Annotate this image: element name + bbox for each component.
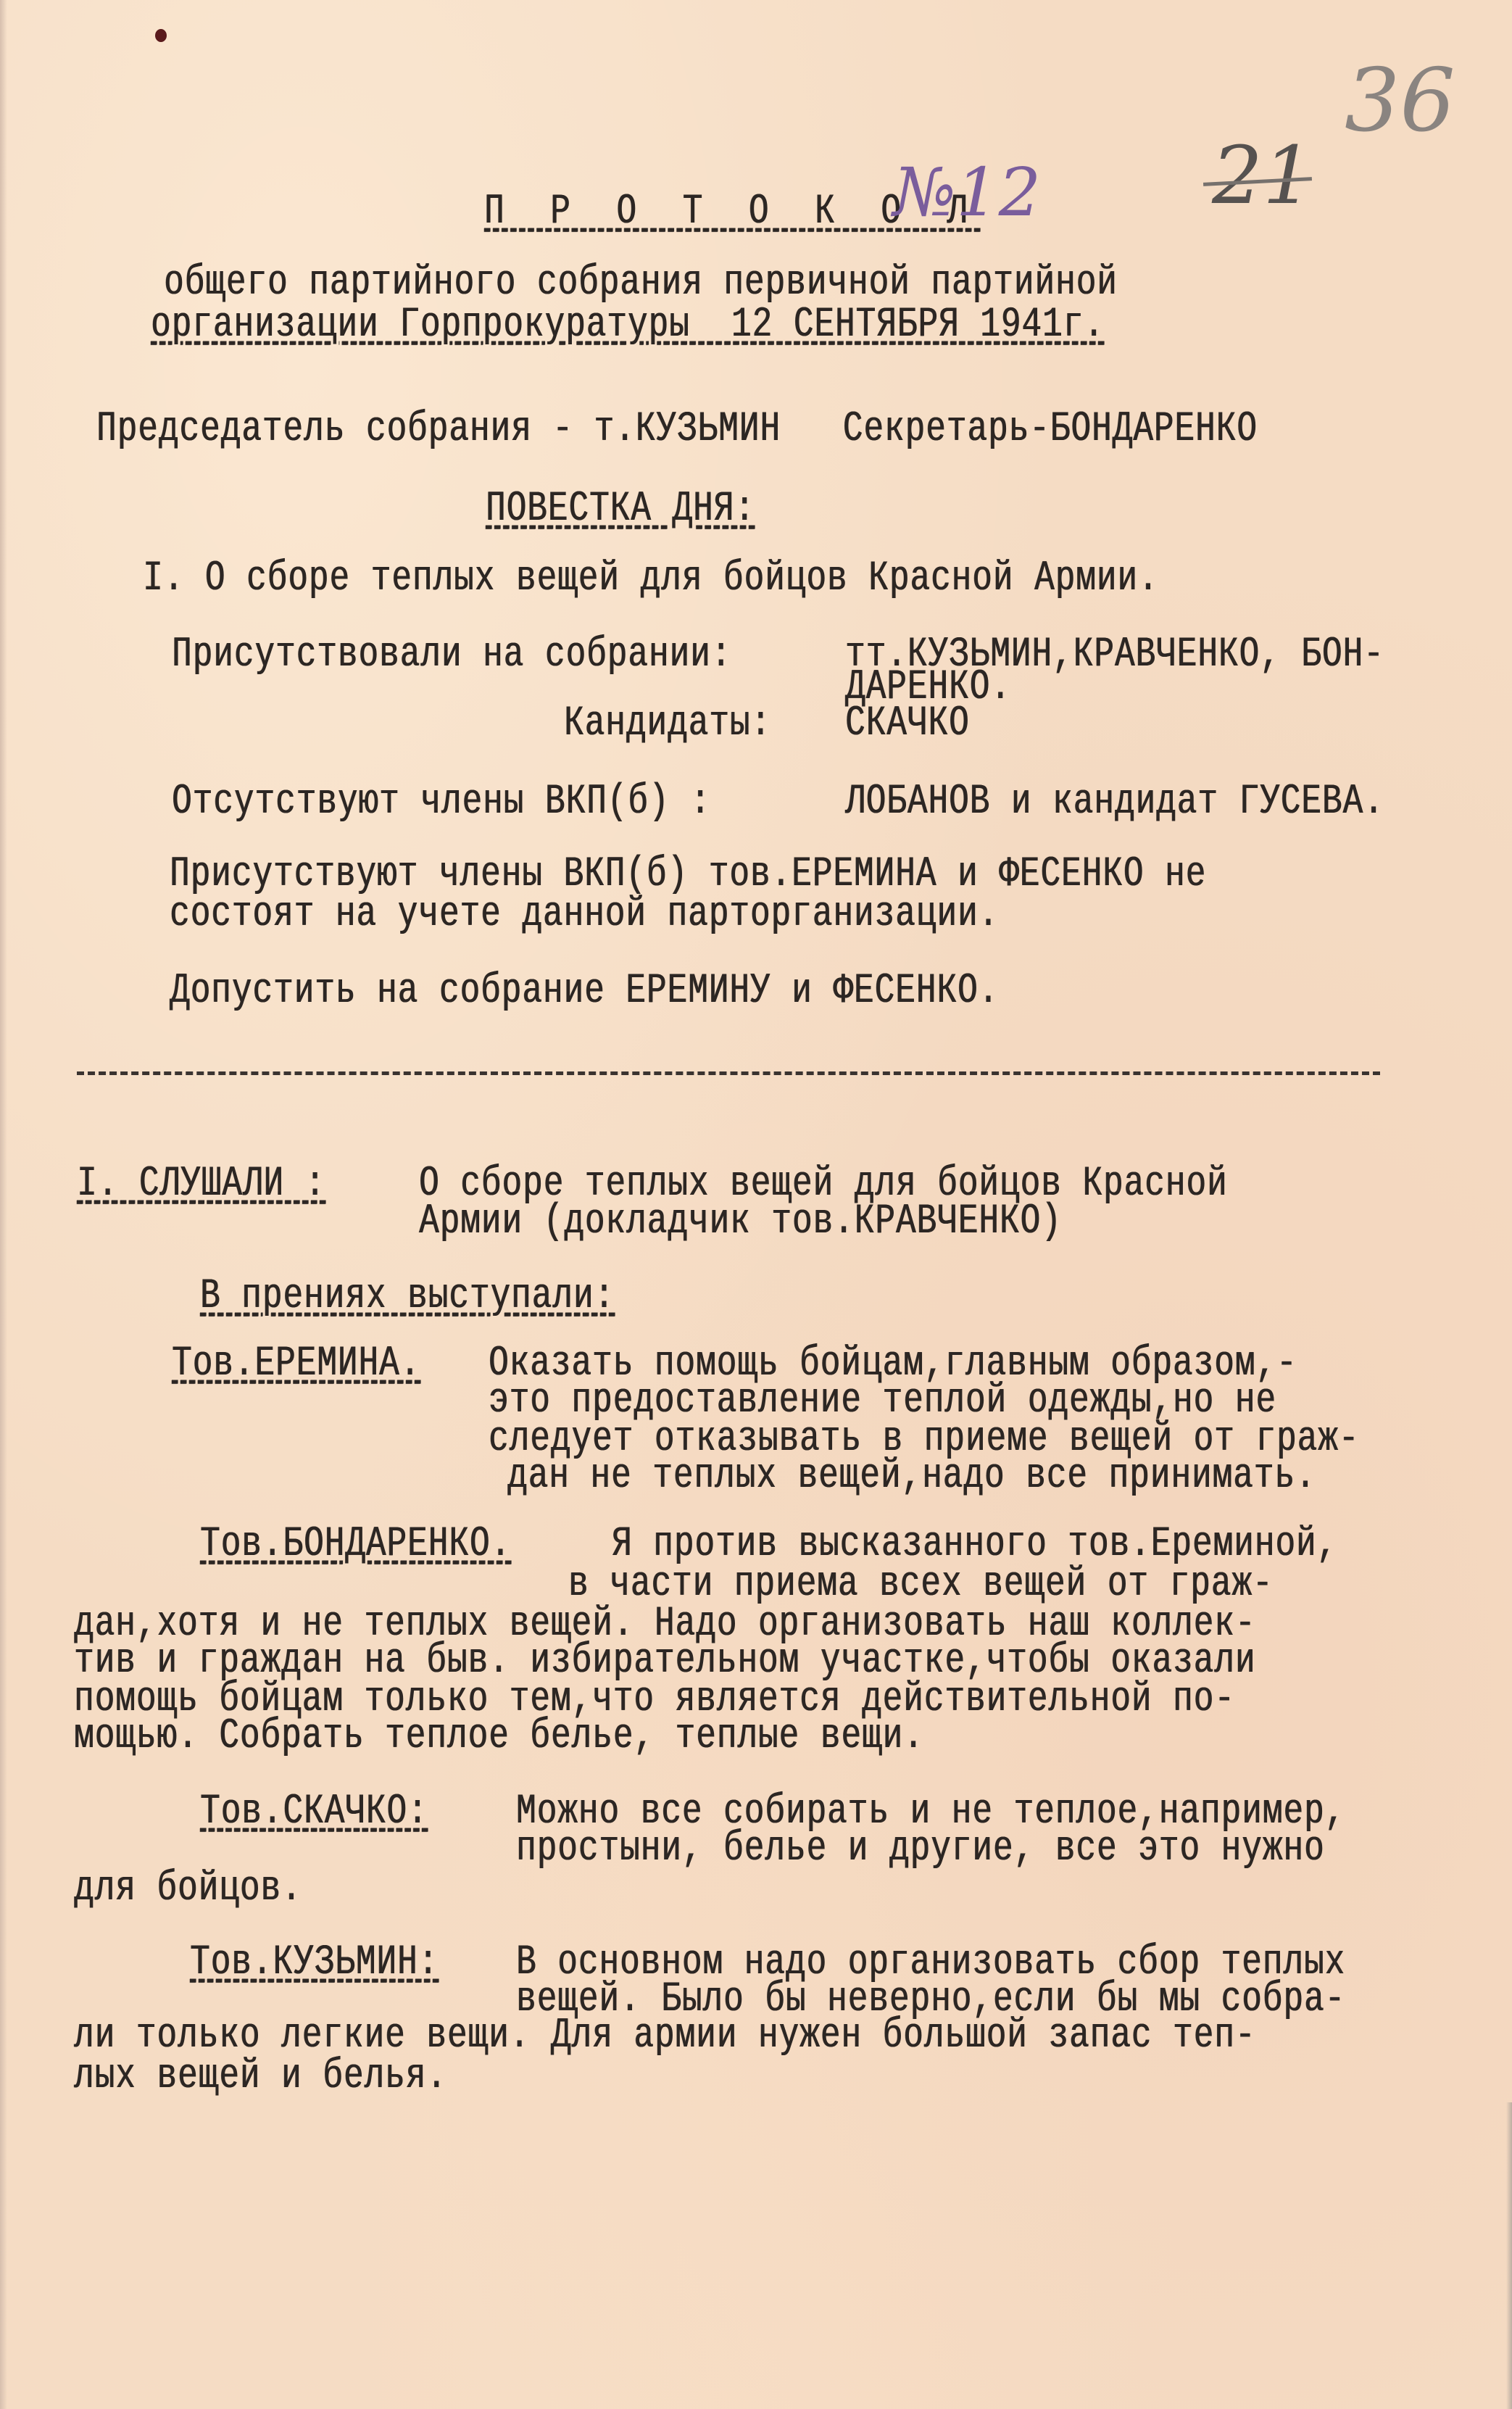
speaker-name: Тов.СКАЧКО: (200, 1790, 428, 1833)
candidates-label: Кандидаты: (564, 702, 771, 745)
subtitle-line-2: организации Горпрокуратуры 12 СЕНТЯБРЯ 1… (151, 303, 1105, 346)
speaker-name: Тов.ЕРЕМИНА. (172, 1342, 420, 1385)
page-number-handwritten: 36 (1345, 51, 1455, 152)
speaker-name: Тов.КУЗЬМИН: (190, 1941, 439, 1983)
speech-line: мощью. Собрать теплое белье, теплые вещи… (74, 1715, 924, 1757)
guests-line-2: состоят на учете данной парторганизации. (170, 892, 999, 935)
speech-line: в части приема всех вещей от граж- (568, 1562, 1274, 1605)
heard-label: I. СЛУШАЛИ : (77, 1162, 325, 1205)
subtitle-line-1: общего партийного собрания первичной пар… (164, 261, 1118, 304)
chair-secretary-line: Председатель собрания - т.КУЗЬМИН Секрет… (96, 407, 1258, 450)
candidates-value: СКАЧКО (845, 702, 970, 745)
speech-line: Я против высказанного тов.Ереминой, (612, 1522, 1337, 1565)
agenda-item: I. О сборе теплых вещей для бойцов Красн… (143, 557, 1159, 600)
agenda-heading: ПОВЕСТКА ДНЯ: (486, 487, 755, 530)
speech-line: для бойцов. (74, 1867, 302, 1910)
page-edge-left (0, 0, 7, 2409)
speech-line: простыни, белье и другие, все это нужно (516, 1827, 1325, 1870)
ink-spot (155, 29, 167, 42)
absent-value: ЛОБАНОВ и кандидат ГУСЕВА. (845, 780, 1384, 823)
speech-line: лых вещей и белья. (74, 2055, 447, 2097)
guests-line-1: Присутствуют члены ВКП(б) тов.ЕРЕМИНА и … (170, 853, 1206, 895)
admit-line: Допустить на собрание ЕРЕМИНУ и ФЕСЕНКО. (170, 969, 999, 1012)
absent-label: Отсутствуют члены ВКП(б) : (172, 780, 711, 823)
old-page-number-handwritten: 21 (1212, 129, 1313, 222)
speech-line: ли только легкие вещи. Для армии нужен б… (74, 2014, 1255, 2057)
present-label: Присутствовали на собрании: (172, 633, 731, 676)
heard-line-2: Армии (докладчик тов.КРАВЧЕНКО) (419, 1200, 1062, 1243)
debate-heading: В прениях выступали: (200, 1274, 615, 1317)
section-separator (77, 1071, 1380, 1075)
protocol-number-handwritten: №12 (893, 154, 1041, 231)
speech-line: дан не теплых вещей,надо все принимать. (507, 1454, 1316, 1497)
speaker-name: Тов.БОНДАРЕНКО. (200, 1522, 511, 1565)
page-edge-right (1506, 2102, 1512, 2409)
